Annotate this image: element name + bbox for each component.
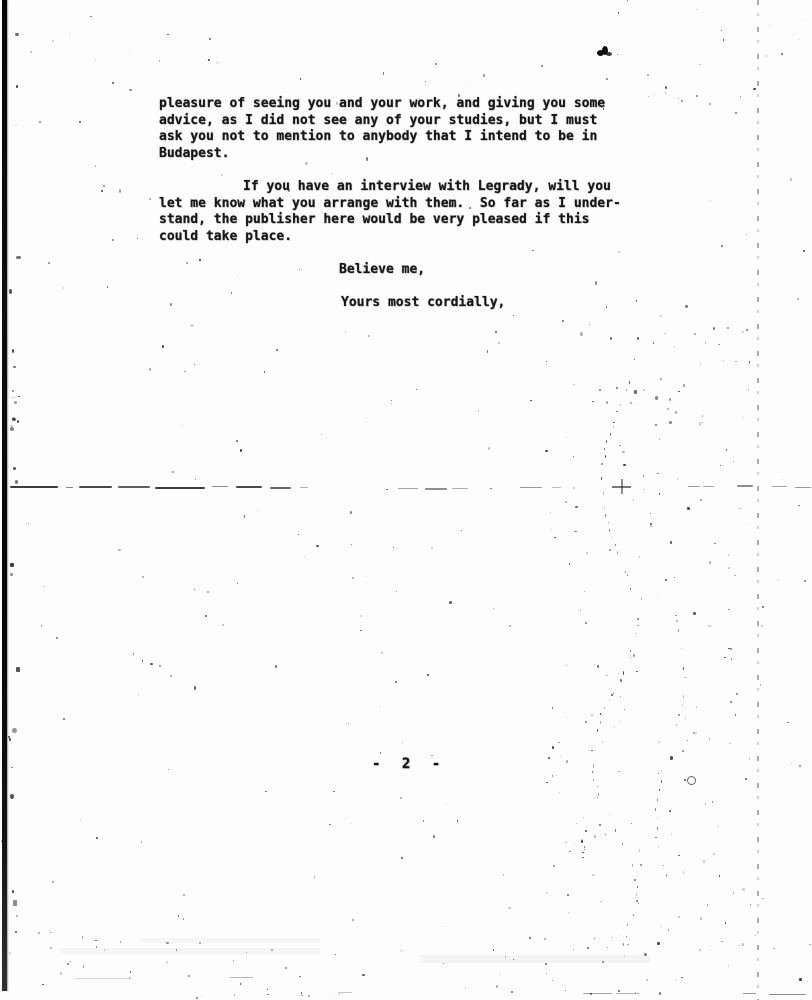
speckle	[566, 665, 567, 666]
speckle	[665, 86, 667, 89]
speckle	[308, 995, 310, 997]
speckle	[773, 948, 775, 950]
speckle	[636, 893, 637, 896]
speckle	[597, 665, 599, 668]
speckle	[626, 389, 627, 392]
speckle	[104, 949, 106, 951]
speckle	[602, 961, 604, 964]
speckle	[597, 797, 599, 798]
speckle	[661, 771, 662, 773]
speckle	[762, 606, 764, 607]
speckle	[591, 715, 593, 716]
speckle	[710, 950, 712, 952]
speckle	[573, 384, 574, 385]
speckle	[688, 486, 700, 487]
speckle	[633, 914, 634, 915]
speckle	[629, 381, 630, 384]
speckle	[513, 959, 515, 960]
speckle	[738, 508, 740, 510]
speckle	[335, 954, 337, 955]
speckle	[616, 411, 617, 412]
speckle	[605, 514, 606, 517]
speckle	[606, 401, 608, 403]
speckle	[700, 917, 702, 920]
speckle	[172, 471, 174, 473]
speckle	[42, 984, 43, 985]
speckle	[769, 25, 770, 26]
speckle	[381, 652, 383, 655]
speckle	[270, 487, 291, 489]
speckle	[622, 451, 625, 453]
speckle	[545, 963, 547, 965]
speckle	[240, 983, 242, 985]
speckle	[781, 53, 783, 55]
speckle	[267, 989, 268, 991]
speckle	[170, 675, 171, 677]
speckle	[585, 721, 587, 723]
speckle	[118, 486, 150, 488]
speckle	[622, 843, 623, 845]
speckle	[664, 333, 666, 335]
speckle	[611, 937, 613, 938]
speckle	[150, 663, 152, 665]
speckle	[659, 789, 660, 791]
speckle	[137, 238, 138, 239]
speckle	[637, 337, 638, 340]
speckle	[696, 95, 698, 97]
speckle	[12, 418, 15, 421]
speckle	[712, 801, 713, 803]
speckle	[276, 349, 278, 351]
speckle	[678, 916, 681, 919]
speckle	[217, 62, 218, 64]
speckle	[10, 794, 13, 799]
speckle	[613, 422, 615, 423]
speckle	[12, 349, 15, 353]
speckle	[398, 488, 418, 489]
speckle	[574, 531, 576, 533]
speckle	[735, 714, 736, 716]
speckle	[630, 402, 632, 404]
text-line: ask you not to mention to anybody that I…	[159, 129, 605, 146]
speckle	[607, 947, 608, 948]
speckle	[366, 417, 367, 418]
speckle	[530, 400, 531, 402]
speckle	[743, 993, 756, 994]
speckle	[449, 601, 451, 604]
speckle	[129, 89, 131, 91]
speckle	[605, 455, 606, 458]
speckle	[321, 434, 323, 436]
speckle	[222, 624, 224, 626]
speckle	[352, 577, 354, 579]
speckle	[52, 40, 54, 42]
ink-blot	[597, 46, 613, 58]
speckle	[402, 742, 403, 743]
speckle	[230, 977, 253, 978]
speckle	[669, 810, 671, 812]
speckle	[6, 961, 8, 962]
speckle	[194, 364, 195, 365]
speckle	[790, 178, 792, 181]
fold-crease-vertical	[757, 0, 759, 1000]
speckle	[730, 648, 732, 651]
speckle	[721, 245, 723, 247]
speckle	[724, 657, 725, 658]
speckle	[265, 791, 267, 792]
speckle	[264, 371, 266, 373]
speckle	[653, 342, 655, 344]
speckle	[685, 305, 688, 308]
speckle	[799, 39, 800, 40]
speckle	[632, 864, 633, 867]
speckle	[66, 487, 73, 488]
speckle	[728, 965, 729, 967]
speckle	[231, 292, 232, 293]
speckle	[685, 717, 687, 719]
speckle	[745, 778, 746, 780]
scan-edge-bar	[2, 0, 7, 991]
speckle	[401, 950, 402, 951]
speckle	[316, 545, 318, 548]
speckle	[44, 586, 46, 588]
speckle	[565, 437, 566, 438]
speckle	[552, 707, 554, 709]
text-line: pleasure of seeing you and your work, an…	[159, 96, 605, 113]
speckle	[509, 625, 511, 627]
speckle	[677, 478, 678, 479]
paragraph-1: pleasure of seeing you and your work, an…	[159, 96, 605, 162]
speckle	[609, 529, 610, 532]
speckle	[50, 932, 52, 933]
speckle	[696, 9, 698, 11]
speckle	[362, 974, 364, 976]
speckle	[234, 994, 236, 996]
speckle	[10, 563, 14, 567]
speckle	[333, 791, 335, 792]
speckle	[186, 262, 188, 264]
text-line: let me know what you arrange with them. …	[159, 196, 621, 213]
speckle	[120, 941, 121, 943]
speckle	[678, 855, 680, 856]
speckle	[731, 658, 733, 661]
speckle	[699, 422, 702, 426]
speckle	[580, 610, 582, 611]
speckle	[188, 975, 190, 978]
speckle	[653, 94, 654, 95]
speckle	[742, 943, 744, 945]
speckle	[13, 467, 17, 469]
speckle	[199, 259, 201, 260]
speckle	[760, 684, 762, 686]
text-line: Budapest.	[159, 146, 605, 163]
text-line: could take place.	[159, 229, 621, 246]
speckle	[166, 942, 168, 944]
speckle	[195, 479, 196, 480]
speckle	[178, 915, 179, 917]
speckle	[435, 63, 437, 65]
speckle	[683, 695, 684, 698]
speckle	[236, 440, 238, 442]
speckle	[299, 269, 300, 270]
speckle	[520, 487, 542, 488]
speckle	[733, 892, 734, 894]
speckle	[391, 403, 393, 405]
speckle	[562, 320, 564, 322]
speckle	[636, 900, 637, 902]
speckle	[658, 773, 660, 774]
speckle	[699, 64, 700, 65]
speckle	[199, 942, 201, 944]
speckle	[670, 756, 673, 760]
speckle	[675, 615, 677, 616]
speckle	[493, 608, 495, 610]
speckle	[669, 398, 672, 401]
speckle	[671, 833, 672, 835]
speckle	[16, 667, 20, 672]
speckle	[584, 846, 586, 848]
speckle	[155, 487, 205, 489]
speckle	[609, 700, 610, 701]
speckle	[314, 876, 315, 878]
speckle	[552, 980, 553, 981]
speckle	[16, 85, 18, 87]
speckle	[496, 985, 498, 988]
speckle	[352, 919, 354, 922]
speckle	[746, 234, 747, 235]
speckle	[657, 942, 659, 945]
speckle	[167, 34, 169, 35]
speckle	[590, 993, 592, 995]
speckle	[532, 250, 533, 251]
speckle	[700, 363, 702, 364]
speckle	[730, 701, 732, 704]
speckle	[599, 824, 601, 826]
speckle	[609, 814, 610, 815]
speckle	[10, 573, 13, 575]
speckle	[700, 499, 703, 501]
speckle	[733, 461, 734, 462]
speckle	[804, 580, 806, 582]
text-line: advice, as I did not see any of your stu…	[159, 113, 605, 130]
speckle	[618, 673, 619, 674]
speckle	[552, 487, 561, 488]
speckle	[545, 450, 547, 452]
speckle	[162, 345, 164, 348]
speckle	[396, 591, 397, 593]
speckle	[798, 505, 800, 507]
speckle	[95, 165, 97, 167]
speckle	[149, 198, 151, 200]
speckle	[613, 426, 614, 428]
speckle	[614, 726, 615, 727]
paragraph-2: If you have an interview with Legrady, w…	[159, 179, 621, 245]
speckle	[619, 445, 621, 446]
speckle	[696, 706, 698, 708]
speckle	[170, 303, 172, 306]
speckle	[300, 487, 308, 488]
speckle	[50, 947, 52, 949]
speckle	[657, 818, 658, 819]
speckle	[657, 799, 658, 801]
speckle	[669, 421, 671, 424]
speckle	[511, 991, 513, 993]
speckle	[643, 489, 644, 490]
speckle	[107, 286, 109, 288]
speckle	[735, 112, 737, 114]
speckle	[660, 378, 662, 380]
speckle	[546, 782, 547, 784]
speckle	[582, 857, 584, 859]
speckle	[782, 479, 784, 481]
speckle	[345, 331, 346, 332]
speckle	[565, 842, 566, 843]
speckle	[728, 554, 729, 556]
speckle	[643, 389, 645, 391]
speckle	[660, 926, 662, 928]
speckle	[56, 637, 58, 639]
speckle	[648, 96, 649, 98]
speckle	[348, 723, 349, 724]
speckle	[550, 512, 552, 514]
speckle	[800, 20, 802, 21]
speckle	[678, 391, 680, 392]
speckle	[616, 993, 639, 994]
speckle	[675, 411, 678, 413]
speckle	[668, 929, 670, 931]
speckle	[618, 990, 620, 993]
speckle	[634, 403, 635, 404]
speckle	[678, 98, 679, 99]
speckle	[604, 707, 605, 709]
speckle	[592, 401, 594, 402]
speckle	[12, 397, 15, 399]
speckle	[623, 671, 624, 674]
speckle	[63, 287, 65, 289]
speckle	[676, 620, 677, 622]
speckle	[633, 499, 635, 501]
speckle	[380, 752, 381, 754]
speckle	[565, 501, 567, 504]
speckle	[710, 200, 711, 201]
speckle	[750, 904, 751, 905]
speckle	[112, 82, 114, 84]
speckle	[119, 189, 121, 192]
speckle	[807, 981, 808, 982]
speckle	[503, 874, 504, 876]
speckle	[591, 750, 592, 751]
speckle	[9, 738, 12, 741]
speckle	[769, 994, 806, 995]
speckle	[338, 992, 352, 993]
speckle	[499, 973, 501, 975]
text-line: If you have an interview with Legrady, w…	[159, 179, 621, 196]
speckle	[236, 486, 262, 488]
speckle	[350, 511, 352, 514]
speckle	[168, 769, 169, 770]
speckle	[721, 30, 722, 32]
speckle	[721, 941, 722, 943]
speckle	[554, 537, 556, 538]
speckle	[423, 820, 424, 822]
speckle	[606, 440, 607, 442]
speckle	[606, 306, 607, 307]
speckle	[718, 344, 719, 346]
speckle	[617, 847, 618, 848]
speckle	[684, 677, 685, 679]
speckle	[9, 952, 11, 954]
speckle	[566, 760, 569, 763]
speckle	[505, 956, 507, 958]
speckle	[787, 722, 789, 724]
speckle	[678, 714, 679, 716]
speckle	[556, 774, 558, 776]
speckle	[208, 59, 210, 62]
speckle	[240, 449, 242, 452]
speckle	[600, 713, 601, 715]
speckle	[483, 74, 485, 77]
speckle	[575, 506, 577, 508]
speckle	[713, 853, 715, 855]
speckle	[657, 827, 658, 830]
speckle	[13, 900, 17, 906]
speckle	[237, 583, 238, 584]
speckle	[233, 960, 235, 961]
speckle	[546, 361, 547, 362]
speckle	[627, 944, 629, 946]
speckle	[736, 693, 738, 695]
speckle	[659, 439, 660, 441]
speckle	[559, 792, 560, 793]
speckle	[676, 980, 678, 981]
speckle	[778, 579, 779, 580]
speckle	[69, 33, 70, 35]
speckle	[299, 976, 301, 977]
speckle	[637, 886, 638, 889]
speckle	[194, 686, 196, 689]
speckle	[351, 823, 353, 825]
speckle	[597, 786, 598, 787]
speckle	[498, 342, 500, 344]
speckle	[82, 936, 84, 939]
speckle	[625, 571, 627, 573]
speckle	[129, 977, 131, 979]
speckle	[597, 729, 598, 732]
page-number: - 2 -	[372, 756, 447, 773]
speckle	[13, 366, 16, 368]
speckle	[15, 931, 17, 934]
speckle	[687, 740, 688, 742]
speckle	[746, 524, 747, 525]
speckle	[681, 977, 682, 978]
speckle	[655, 808, 656, 811]
speckle	[584, 849, 585, 850]
speckle	[663, 865, 664, 866]
speckle	[573, 487, 575, 489]
speckle	[301, 995, 303, 996]
speckle	[682, 750, 684, 752]
speckle	[11, 767, 13, 769]
speckle	[159, 60, 161, 62]
speckle	[142, 660, 144, 662]
speckle	[366, 576, 367, 577]
speckle	[755, 935, 756, 936]
speckle	[617, 54, 619, 56]
speckle	[650, 525, 652, 527]
speckle	[207, 591, 209, 593]
speckle	[182, 425, 183, 427]
speckle	[63, 718, 65, 720]
